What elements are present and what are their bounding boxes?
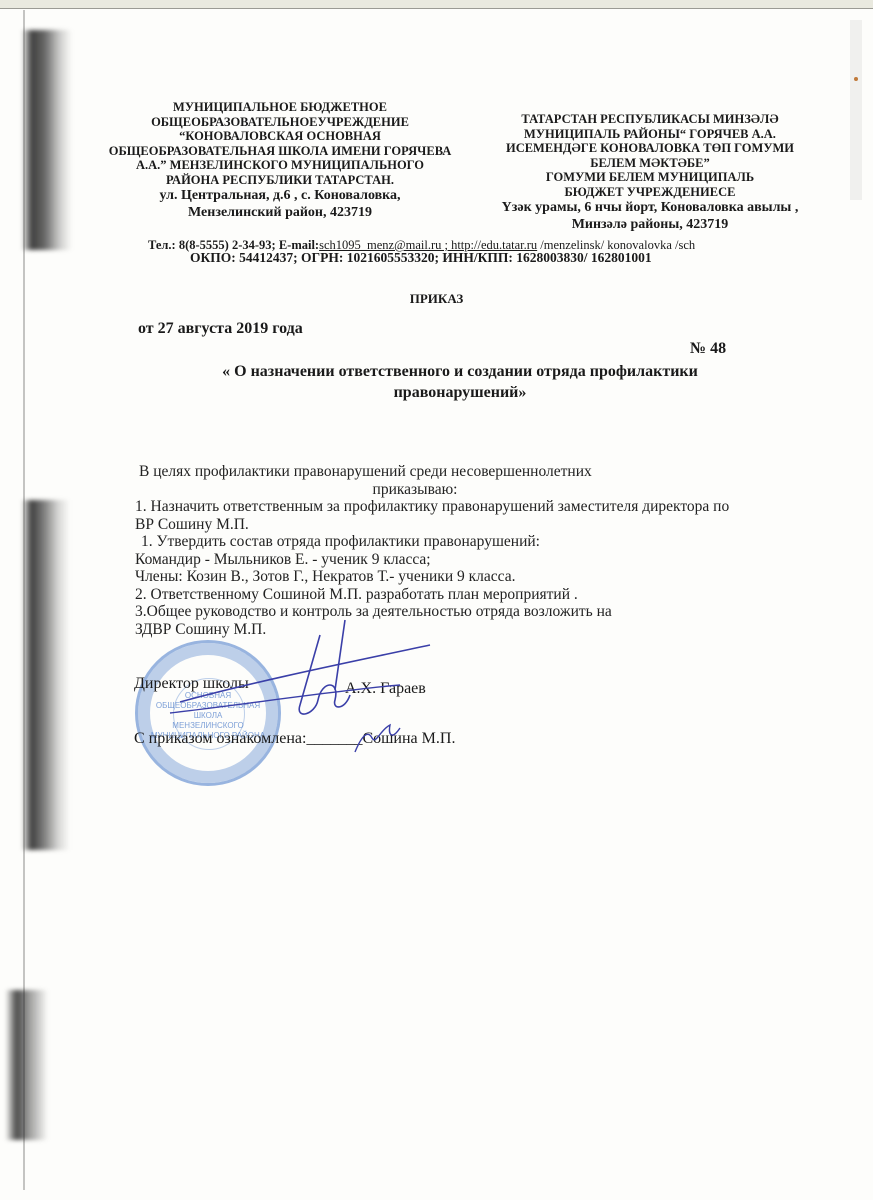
body-line: 2. Ответственному Сошиной М.П. разработа…	[135, 586, 835, 604]
letterhead-address: ул. Центральная, д.6 , с. Коноваловка,	[90, 187, 470, 204]
letterhead-address: Мензелинский район, 423719	[90, 204, 470, 221]
letterhead-line: ТАТАРСТАН РЕСПУБЛИКАСЫ МИНЗӘЛӘ	[460, 112, 840, 127]
order-number: № 48	[690, 340, 726, 358]
identifiers-line: ОКПО: 54412437; ОГРН: 1021605553320; ИНН…	[190, 250, 790, 266]
body-line: 1. Утвердить состав отряда профилактики …	[135, 533, 835, 551]
order-subject: « О назначении ответственного и создании…	[170, 361, 750, 403]
letterhead-address: Минзәлә районы, 423719	[460, 216, 840, 233]
body-line: 1. Назначить ответственным за профилакти…	[135, 498, 835, 516]
letterhead-line: ОБЩЕОБРАЗОВАТЕЛЬНОЕУЧРЕЖДЕНИЕ	[90, 115, 470, 130]
scan-artifact	[22, 500, 70, 850]
order-date: от 27 августа 2019 года	[138, 320, 303, 338]
phone-label: Тел.:	[148, 238, 176, 252]
letterhead-line: РАЙОНА РЕСПУБЛИКИ ТАТАРСТАН.	[90, 173, 470, 188]
letterhead-line: ИСЕМЕНДӘГЕ КОНОВАЛОВКА ТӨП ГОМУМИ	[460, 141, 840, 156]
paper-speck	[854, 77, 858, 81]
letterhead-line: БЕЛЕМ МӘКТӘБЕ”	[460, 156, 840, 171]
body-line: ВР Сошину М.П.	[135, 516, 835, 534]
scan-top-edge	[0, 0, 873, 9]
body-line: приказываю:	[135, 481, 835, 499]
letterhead-line: ОБЩЕОБРАЗОВАТЕЛЬНАЯ ШКОЛА ИМЕНИ ГОРЯЧЕВА	[90, 144, 470, 159]
body-line: Командир - Мыльников Е. - ученик 9 класс…	[135, 551, 835, 569]
letterhead-line: “КОНОВАЛОВСКАЯ ОСНОВНАЯ	[90, 129, 470, 144]
letterhead-line: БЮДЖЕТ УЧРЕЖДЕНИЕСЕ	[460, 185, 840, 200]
handwritten-signature-icon	[140, 610, 440, 760]
letterhead-line: ГОМУМИ БЕЛЕМ МУНИЦИПАЛЬ	[460, 170, 840, 185]
letterhead-right: ТАТАРСТАН РЕСПУБЛИКАСЫ МИНЗӘЛӘ МУНИЦИПАЛ…	[460, 112, 840, 233]
body-line: В целях профилактики правонарушений сред…	[135, 463, 835, 481]
letterhead-line: МУНИЦИПАЛЬНОЕ БЮДЖЕТНОЕ	[90, 100, 470, 115]
letterhead-line: МУНИЦИПАЛЬ РАЙОНЫ“ ГОРЯЧЕВ А.А.	[460, 127, 840, 142]
body-line: Члены: Козин В., Зотов Г., Некратов Т.- …	[135, 568, 835, 586]
letterhead-address: Үзәк урамы, 6 нчы йорт, Коноваловка авыл…	[460, 199, 840, 216]
order-title: ПРИКАЗ	[0, 291, 873, 307]
scan-artifact	[22, 30, 72, 250]
letterhead-line: А.А.” МЕНЗЕЛИНСКОГО МУНИЦИПАЛЬНОГО	[90, 158, 470, 173]
scan-artifact	[6, 990, 48, 1140]
letterhead-left: МУНИЦИПАЛЬНОЕ БЮДЖЕТНОЕ ОБЩЕОБРАЗОВАТЕЛЬ…	[90, 100, 470, 221]
scan-artifact	[850, 20, 862, 200]
